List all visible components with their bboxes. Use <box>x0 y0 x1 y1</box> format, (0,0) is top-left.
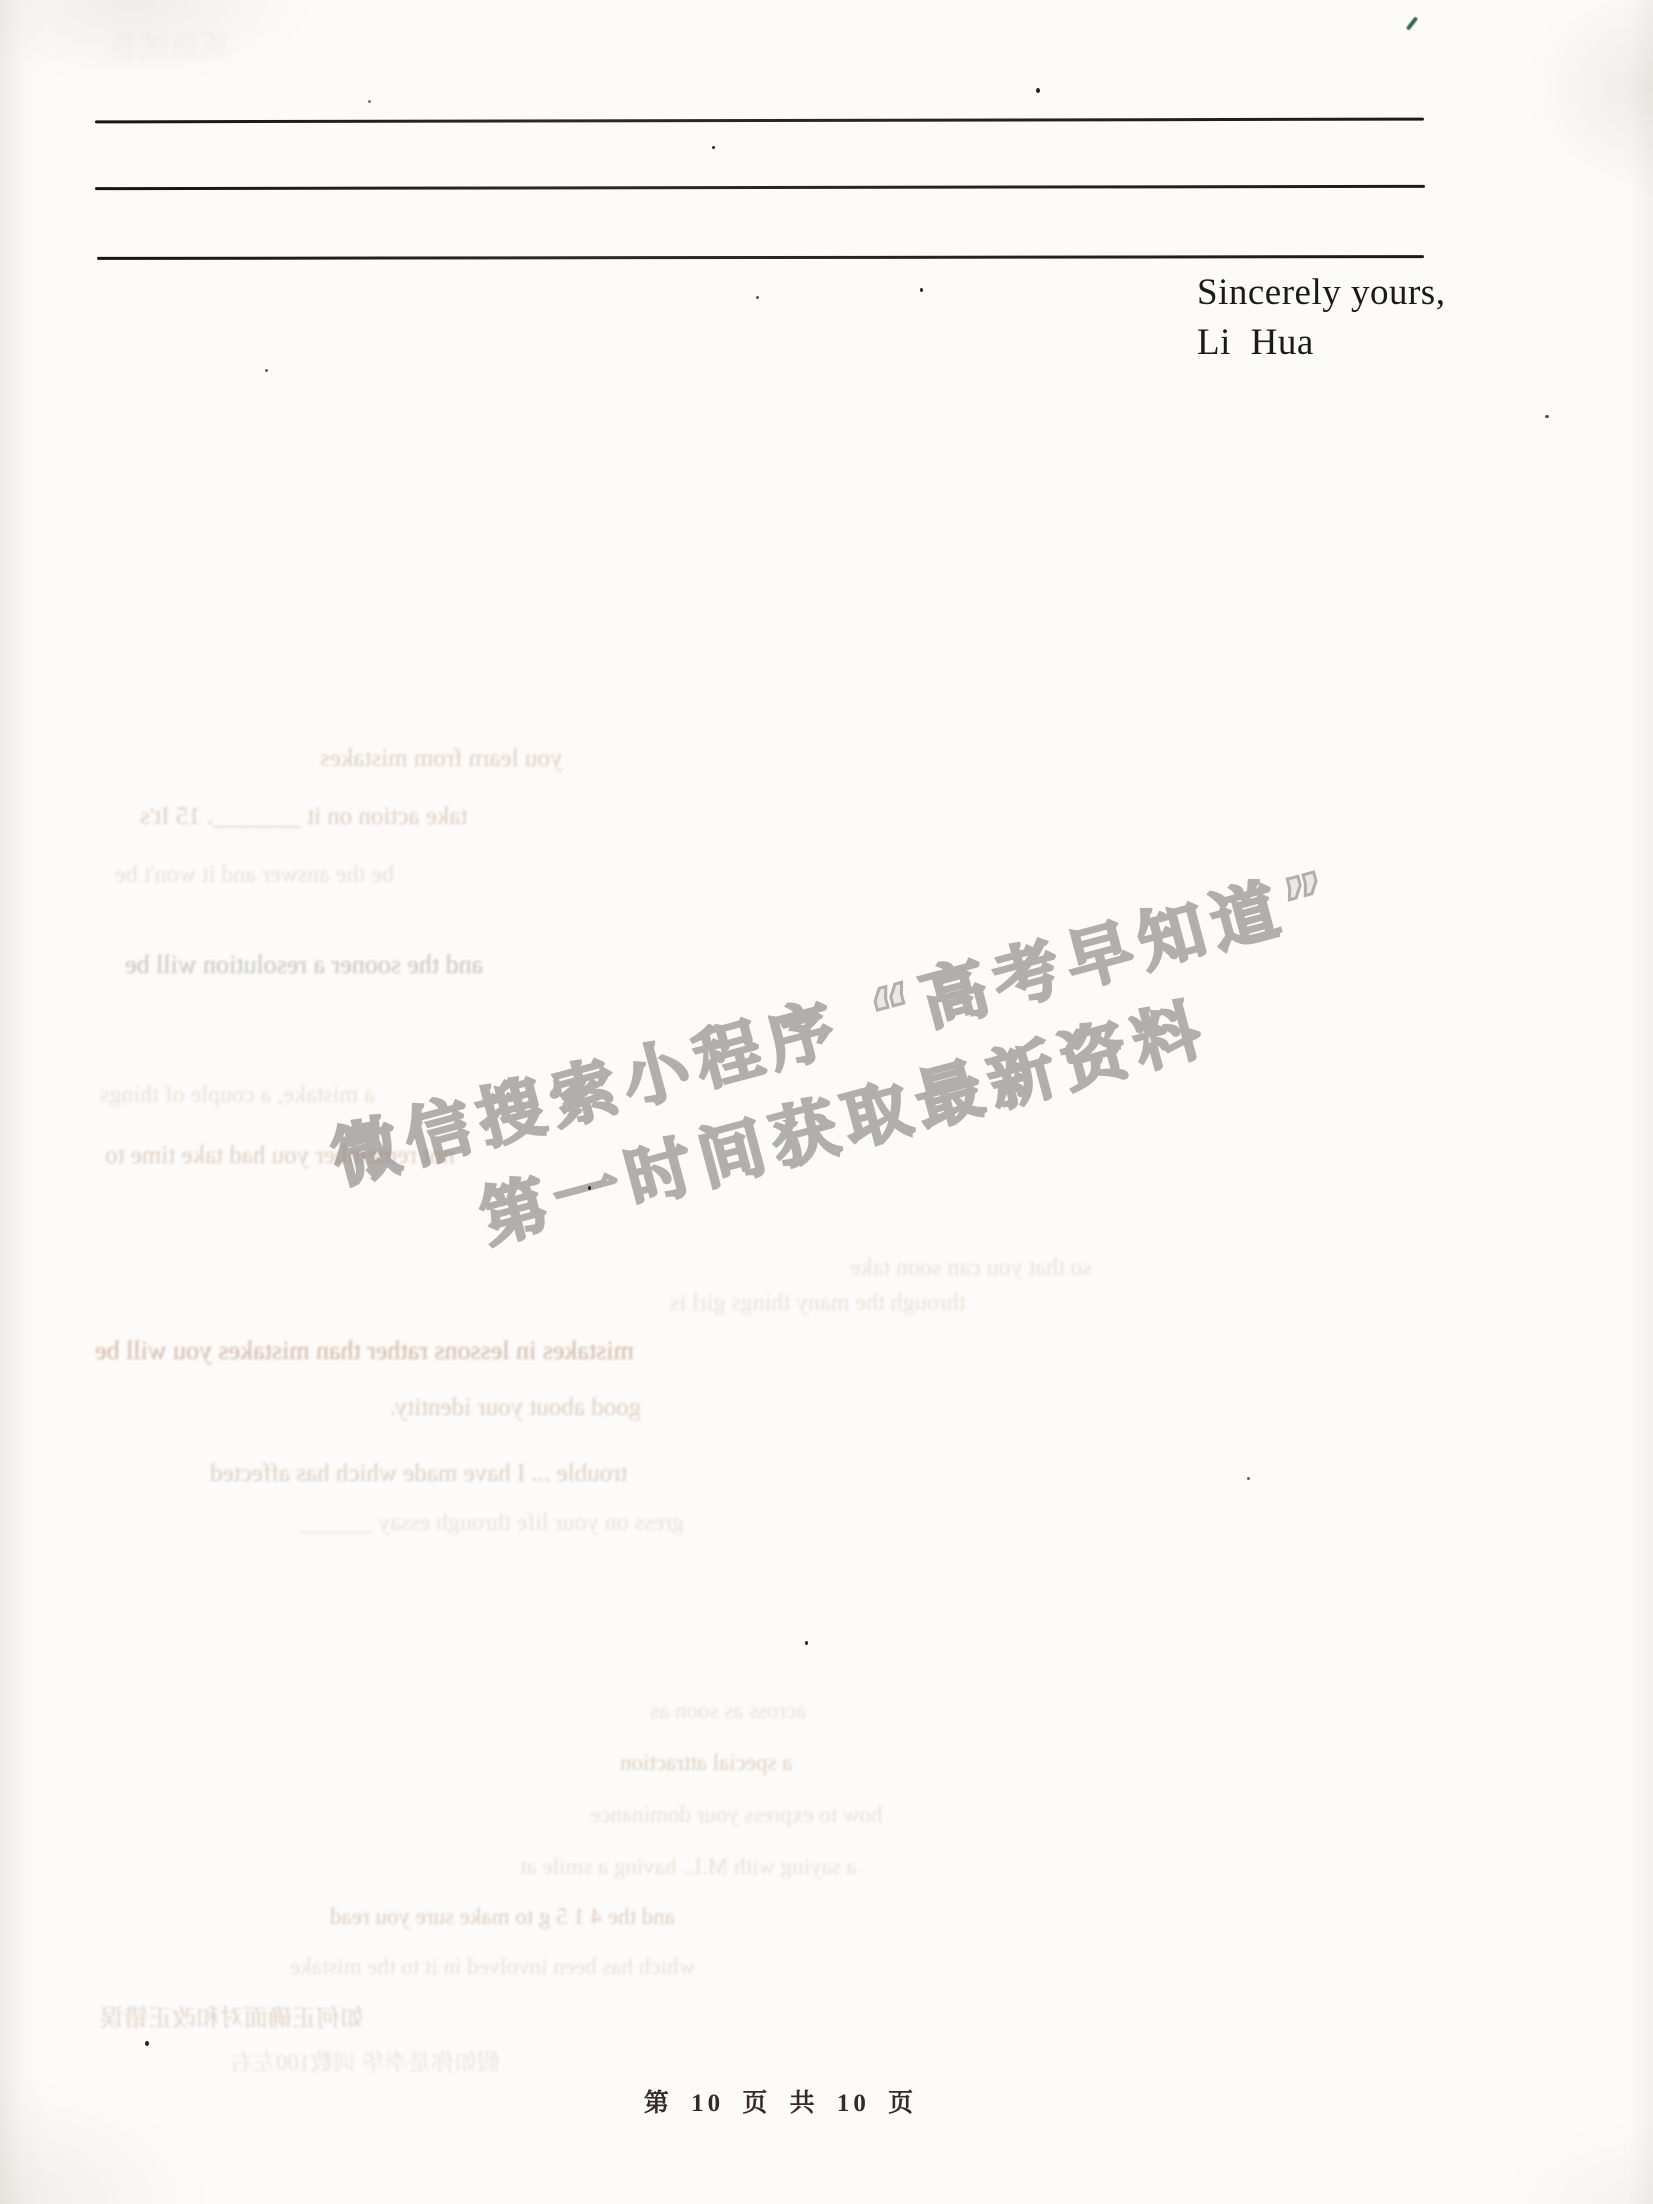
green-pen-tick <box>1406 16 1418 30</box>
scan-speck <box>588 1186 591 1190</box>
scan-speck <box>1247 1477 1250 1480</box>
watermark-line-1: 微信搜索小程序 “高考早知道” <box>322 861 1293 1207</box>
scan-speck <box>756 296 759 299</box>
letter-signature-name: Li Hua <box>1197 318 1445 368</box>
scan-speck <box>1036 88 1040 93</box>
ghost-text-line: so that you can soon take <box>850 1255 1092 1282</box>
ghost-text-line: not remember you had take time to <box>105 1142 455 1170</box>
ghost-text-line: how to express your dominance <box>590 1802 883 1828</box>
ghost-text-line: a mistake, a couple of things <box>100 1082 375 1109</box>
ghost-text-line: 如何正确面对和改正错误 <box>100 1998 364 2033</box>
ghost-text-line: a special attraction <box>620 1750 792 1776</box>
scan-speck <box>712 146 715 149</box>
ghost-text-line: 假如你是李华 词数100左右 <box>230 2044 500 2077</box>
answer-line-3 <box>97 255 1424 260</box>
ghost-text-line: gress on your life through essay ______ <box>300 1510 684 1537</box>
ghost-text-line: a saying with M.L. having a smile at <box>520 1854 857 1880</box>
letter-closing: Sincerely yours, <box>1197 268 1445 318</box>
ghost-text-line: take action on it _______. 15 It's <box>140 803 467 831</box>
answer-line-2 <box>95 185 1425 190</box>
ghost-text-line: through the many things girl is <box>670 1290 965 1317</box>
ghost-text-line: across as soon as <box>650 1698 807 1724</box>
diagonal-watermark: 微信搜索小程序 “高考早知道” 第一时间获取最新资料 <box>322 861 1318 1300</box>
scan-speck <box>145 2041 149 2046</box>
letter-signature-block: Sincerely yours, Li Hua <box>1197 268 1445 368</box>
ghost-text-line: you learn from mistakes <box>320 745 562 773</box>
scan-speck <box>920 288 923 292</box>
answer-line-1 <box>95 118 1424 124</box>
page-number-footer: 第 10 页 共 10 页 <box>0 2083 1607 2119</box>
ghost-text-line: mistakes in lessons rather than mistakes… <box>95 1336 634 1366</box>
scan-speck <box>805 1641 808 1645</box>
ghost-text-line: which has been involved in it to the mis… <box>290 1954 695 1980</box>
scan-speck <box>368 100 371 103</box>
scan-speck <box>1545 415 1549 418</box>
ghost-text-line: and the sooner a resolution will be <box>125 950 483 980</box>
ghost-text-line: 英语试卷 <box>110 22 230 66</box>
watermark-line-2: 第一时间获取最新资料 <box>470 954 1318 1267</box>
scan-speck <box>265 369 268 372</box>
ghost-text-line: be the answer and it won't be <box>115 862 394 889</box>
ghost-text-line: trouble ... I have made which has affect… <box>210 1460 627 1488</box>
scanned-exam-page: Sincerely yours, Li Hua 微信搜索小程序 “高考早知道” … <box>0 0 1653 2204</box>
ghost-text-line: and the 4 1 5 g to make sure you read <box>330 1904 675 1930</box>
ghost-text-line: good about your identity. <box>390 1394 641 1422</box>
